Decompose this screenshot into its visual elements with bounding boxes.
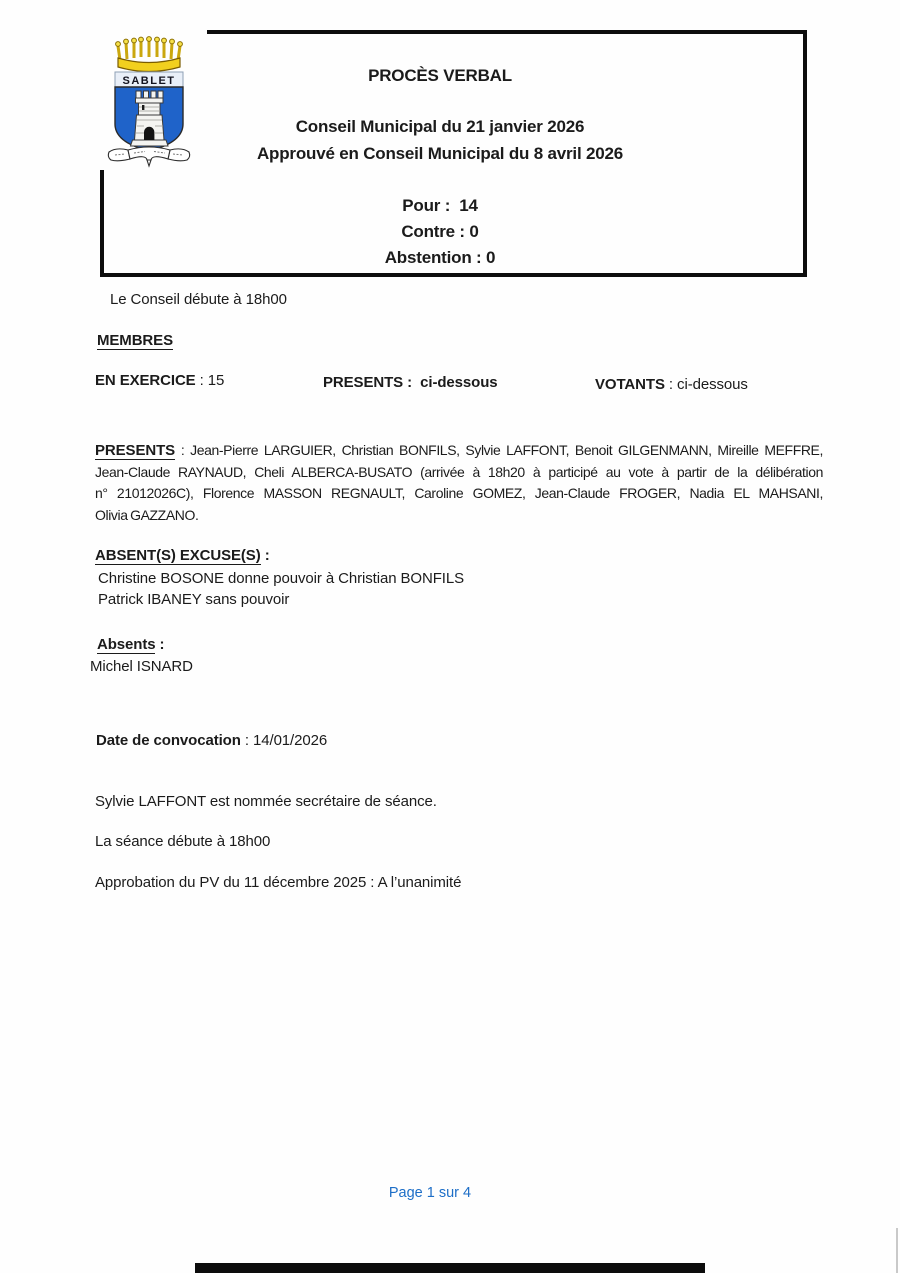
page-number: Page 1 sur 4 [75, 1185, 785, 1201]
council-date-line: Conseil Municipal du 21 janvier 2026 [75, 117, 805, 137]
convocation-label: Date de convocation [96, 732, 241, 749]
document-page: SABLET [0, 0, 900, 1273]
absents-excuses-label: ABSENT(S) EXCUSE(S) [95, 547, 261, 565]
membres-heading: MEMBRES [97, 332, 173, 349]
convocation-line: Date de convocation : 14/01/2026 [96, 732, 327, 749]
en-exercice: EN EXERCICE : 15 [95, 372, 224, 389]
sans-pouvoir-line: Patrick IBANEY sans pouvoir [98, 591, 289, 608]
scan-artifact-bar [195, 1263, 705, 1273]
absents-excuses-colon: : [261, 547, 270, 564]
convocation-value: : 14/01/2026 [241, 732, 327, 749]
votants-label: VOTANTS [595, 376, 665, 393]
presents-line1-text: : Jean-Pierre LARGUIER, Christian BONFIL… [175, 442, 823, 458]
presents-paragraph-line3: n° 21012026C), Florence MASSON REGNAULT,… [95, 485, 823, 507]
header-box-border-bottom [100, 273, 807, 277]
session-start-line: Le Conseil débute à 18h00 [110, 291, 287, 308]
votants-summary: VOTANTS : ci-dessous [595, 376, 748, 393]
header-box-border-top [207, 30, 807, 34]
absents-excuses-heading: ABSENT(S) EXCUSE(S) : [95, 547, 270, 564]
vote-abstention: Abstention : 0 [75, 248, 805, 268]
document-title: PROCÈS VERBAL [75, 66, 805, 86]
approbation-pv-line: Approbation du PV du 11 décembre 2025 : … [95, 874, 461, 891]
en-exercice-value: : 15 [196, 372, 225, 389]
vote-pour: Pour : 14 [75, 196, 805, 216]
presents-paragraph-line1: PRESENTS : Jean-Pierre LARGUIER, Christi… [95, 442, 823, 464]
approval-date-line: Approuvé en Conseil Municipal du 8 avril… [75, 144, 805, 164]
vote-contre: Contre : 0 [75, 222, 805, 242]
secretaire-line: Sylvie LAFFONT est nommée secrétaire de … [95, 793, 437, 810]
en-exercice-label: EN EXERCICE [95, 372, 196, 389]
presents-paragraph-line2: Jean-Claude RAYNAUD, Cheli ALBERCA-BUSAT… [95, 464, 823, 486]
absents-label: Absents [97, 636, 155, 654]
seance-debut-line: La séance débute à 18h00 [95, 833, 270, 850]
presents-summary: PRESENTS : ci-dessous [323, 374, 498, 391]
absent-name-line: Michel ISNARD [90, 658, 193, 675]
absents-heading: Absents : [97, 636, 164, 653]
presents-paragraph-line4: Olivia GAZZANO. [95, 507, 823, 529]
presents-label: PRESENTS [95, 442, 175, 460]
pouvoir-line: Christine BOSONE donne pouvoir à Christi… [98, 570, 464, 587]
scan-artifact-edge [896, 1228, 898, 1273]
votants-value: : ci-dessous [665, 376, 748, 393]
absents-colon: : [155, 636, 164, 653]
membres-heading-label: MEMBRES [97, 332, 173, 350]
